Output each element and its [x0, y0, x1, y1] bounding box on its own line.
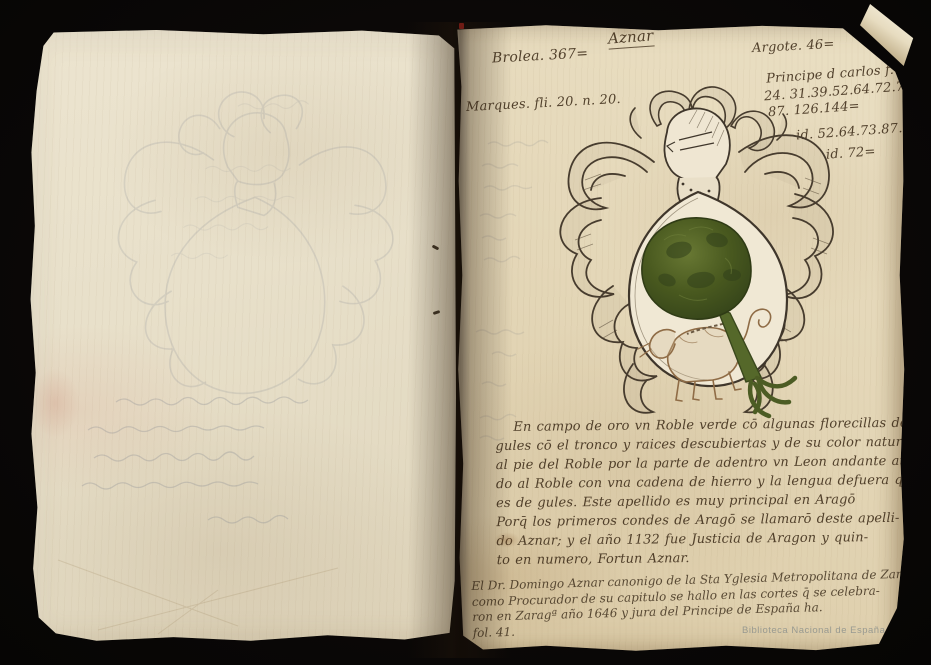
right-page: Aznar Brolea. 367= Marques. fli. 20. n. …: [456, 24, 906, 652]
left-page: [28, 30, 456, 642]
blazon-line: to en numero, Fortun Aznar.: [497, 547, 899, 570]
margin-ref-brolea: Brolea. 367=: [492, 45, 589, 66]
paper-creases: [38, 530, 418, 640]
ink-stain: [606, 24, 646, 38]
library-watermark: Biblioteca Nacional de España: [742, 625, 885, 636]
ghost-paragraph: [58, 388, 378, 528]
coat-of-arms-drawing: [529, 80, 861, 442]
ghost-script-top: [171, 101, 308, 259]
blazon-paragraph: En campo de oro vn Roble verde cō alguna…: [495, 414, 899, 570]
margin-ref-argote: Argote. 46=: [752, 37, 835, 56]
red-paper-fleck: [459, 23, 464, 29]
manuscript-photo: Aznar Brolea. 367= Marques. fli. 20. n. …: [0, 0, 931, 665]
paper-stain: [30, 368, 80, 438]
ink-stain: [494, 532, 520, 548]
